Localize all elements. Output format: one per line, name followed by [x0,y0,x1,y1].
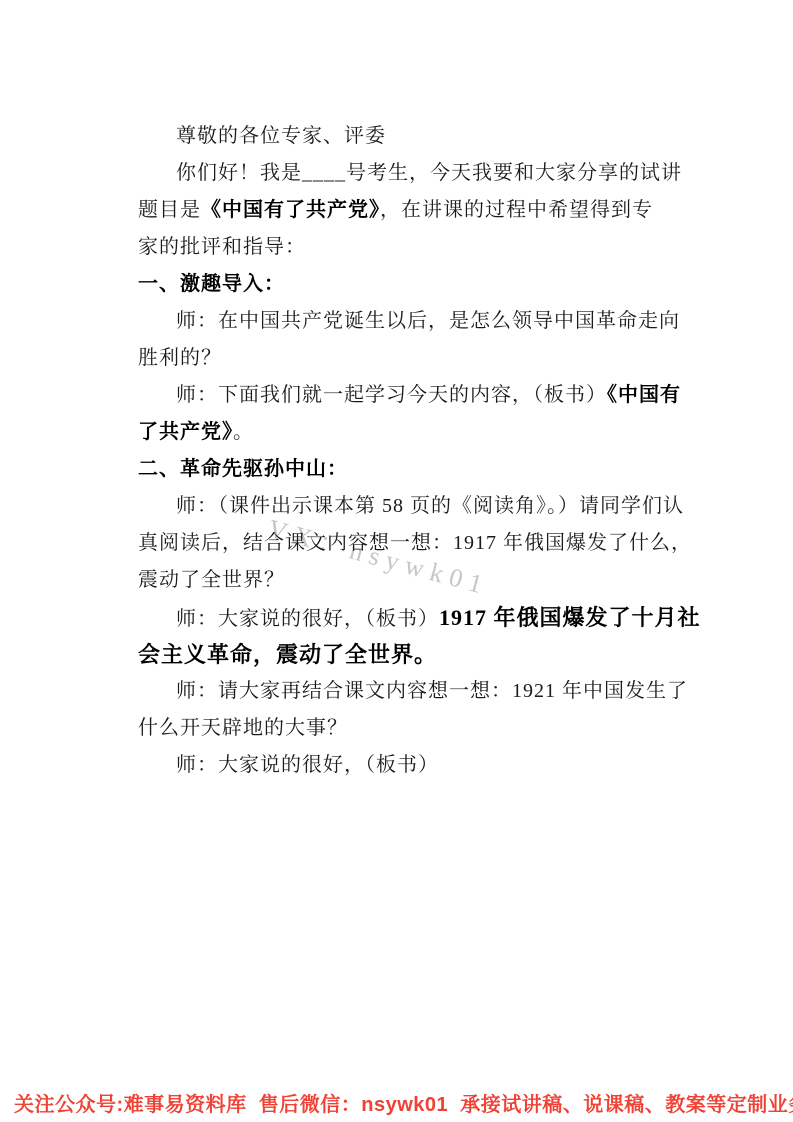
text-segment: 《中国有了共产党》 [201,199,380,221]
section-heading: 一、激趣导入： [138,266,626,303]
text-segment: 一、激趣导入： [138,273,285,295]
text-line: 家的批评和指导： [138,229,626,266]
document-body: 尊敬的各位专家、评委你们好！我是____号考生，今天我要和大家分享的试讲题目是《… [138,118,626,784]
text-line: 什么开天辟地的大事？ [138,710,626,747]
text-line: 师：（课件出示课本第 58 页的《阅读角》。）请同学们认 [138,488,626,525]
text-line: 师：大家说的很好，（板书）1917 年俄国爆发了十月社 [138,599,626,636]
text-line: 震动了全世界？ [138,562,626,599]
text-line: 了共产党》。 [138,414,626,451]
text-segment: 师：（课件出示课本第 58 页的《阅读角》。）请同学们认 [176,495,684,517]
text-segment: 震动了全世界？ [138,569,285,591]
text-line: 会主义革命，震动了全世界。 [138,636,626,673]
text-segment: 《中国有 [607,384,681,406]
text-line: 真阅读后，结合课文内容想一想：1917 年俄国爆发了什么， [138,525,626,562]
text-segment: 师：下面我们就一起学习今天的内容，（板书） [176,384,607,406]
text-line: 师：请大家再结合课文内容想一想：1921 年中国发生了 [138,673,626,710]
text-segment: 真阅读后，结合课文内容想一想：1917 年俄国爆发了什么， [138,532,692,554]
text-line: 师：大家说的很好，（板书） [138,747,626,784]
section-heading: 二、革命先驱孙中山： [138,451,626,488]
text-segment: 师：大家说的很好，（板书） [176,754,439,776]
text-segment: 尊敬的各位专家、评委 [176,125,386,147]
text-segment: 了共产党》 [138,421,233,443]
text-segment: ，在讲课的过程中希望得到专 [380,199,653,221]
text-line: 师：在中国共产党诞生以后，是怎么领导中国革命走向 [138,303,626,340]
document-page: VX：nsywk01 尊敬的各位专家、评委你们好！我是____号考生，今天我要和… [0,0,793,1122]
text-line: 你们好！我是____号考生，今天我要和大家分享的试讲 [138,155,626,192]
text-segment: 你们好！我是____号考生，今天我要和大家分享的试讲 [176,162,682,184]
text-segment: 师：在中国共产党诞生以后，是怎么领导中国革命走向 [176,310,680,332]
text-segment: 什么开天辟地的大事？ [138,717,348,739]
text-line: 师：下面我们就一起学习今天的内容，（板书）《中国有 [138,377,626,414]
text-segment: 师：大家说的很好，（板书） [176,608,439,630]
text-segment: 。 [233,421,254,443]
text-segment: 师：请大家再结合课文内容想一想：1921 年中国发生了 [176,680,688,702]
footer-banner: 关注公众号:难事易资料库 售后微信：nsywk01 承接试讲稿、说课稿、教案等定… [0,1088,793,1117]
text-line: 尊敬的各位专家、评委 [138,118,626,155]
text-segment: 会主义革命，震动了全世界。 [138,642,437,667]
text-line: 题目是《中国有了共产党》，在讲课的过程中希望得到专 [138,192,626,229]
text-segment: 胜利的？ [138,347,222,369]
text-segment: 1917 年俄国爆发了十月社 [439,605,701,630]
text-segment: 家的批评和指导： [138,236,306,258]
text-line: 胜利的？ [138,340,626,377]
text-segment: 二、革命先驱孙中山： [138,458,348,480]
text-segment: 题目是 [138,199,201,221]
